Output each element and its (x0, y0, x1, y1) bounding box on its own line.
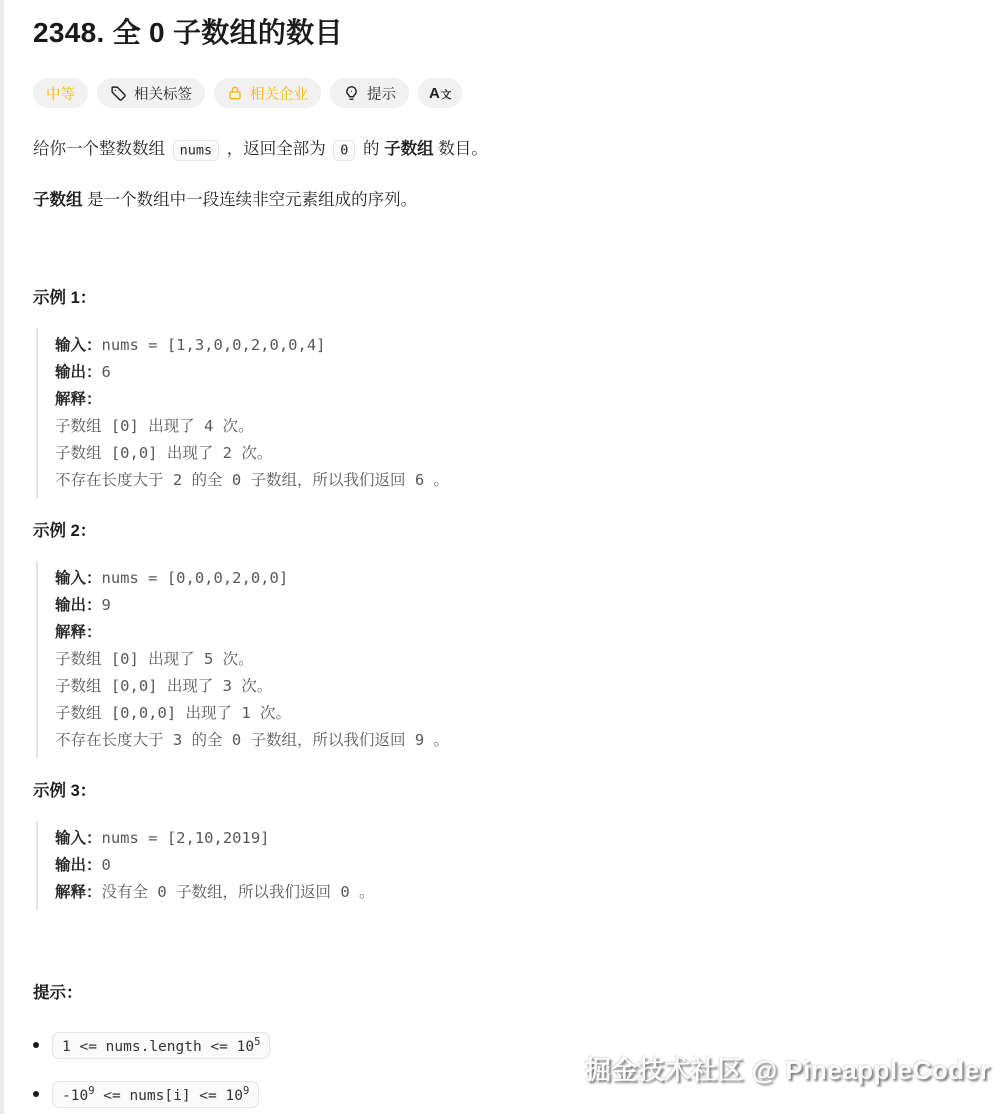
example-line: 解释： (55, 619, 968, 646)
hint-label: 提示 (367, 83, 396, 104)
example-3-block: 输入：nums = [2,10,2019] 输出：0 解释：没有全 0 子数组，… (36, 821, 968, 910)
constraints-title: 提示： (33, 980, 968, 1006)
example-line: 子数组 [0,0,0] 出现了 1 次。 (55, 700, 968, 727)
statement-text: 给你一个整数数组 (33, 140, 165, 158)
lightbulb-icon (343, 85, 360, 102)
constraint-code: 1 <= nums.length <= 105 (52, 1032, 270, 1059)
problem-statement: 给你一个整数数组 nums ，返回全部为 0 的 子数组 数目。 (33, 136, 968, 163)
difficulty-badge[interactable]: 中等 (33, 78, 88, 108)
example-line: 输入：nums = [1,3,0,0,2,0,0,4] (55, 332, 968, 359)
constraint-code: -109 <= nums[i] <= 109 (52, 1081, 259, 1108)
example-line: 子数组 [0] 出现了 4 次。 (55, 413, 968, 440)
hint-badge[interactable]: 提示 (330, 78, 409, 108)
related-tags-label: 相关标签 (134, 83, 192, 104)
definition-text: 是一个数组中一段连续非空元素组成的序列。 (83, 191, 418, 209)
statement-text: 的 (363, 140, 380, 158)
example-line: 解释：没有全 0 子数组，所以我们返回 0 。 (55, 879, 968, 906)
example-3-title: 示例 3： (33, 778, 968, 804)
problem-panel: 2348. 全 0 子数组的数目 中等 相关标签 相关企业 (33, 0, 968, 1108)
example-line: 子数组 [0] 出现了 5 次。 (55, 646, 968, 673)
tag-icon (110, 85, 127, 102)
related-tags-badge[interactable]: 相关标签 (97, 78, 205, 108)
lock-icon (227, 85, 243, 101)
example-line: 输入：nums = [0,0,0,2,0,0] (55, 565, 968, 592)
translate-icon: A文 (429, 85, 451, 102)
related-companies-label: 相关企业 (250, 83, 308, 104)
example-line: 输出：9 (55, 592, 968, 619)
example-1-title: 示例 1： (33, 285, 968, 311)
statement-text: 数目。 (438, 140, 488, 158)
badge-row: 中等 相关标签 相关企业 (33, 78, 968, 108)
difficulty-label: 中等 (46, 83, 75, 104)
example-2-title: 示例 2： (33, 518, 968, 544)
inline-code-zero: 0 (333, 140, 355, 161)
statement-bold-subarray: 子数组 (384, 140, 434, 158)
example-line: 解释： (55, 386, 968, 413)
example-line: 输出：6 (55, 359, 968, 386)
bullet-icon (33, 1091, 39, 1097)
example-line: 输入：nums = [2,10,2019] (55, 825, 968, 852)
example-line: 不存在长度大于 3 的全 0 子数组，所以我们返回 9 。 (55, 727, 968, 754)
related-companies-badge[interactable]: 相关企业 (214, 78, 321, 108)
bullet-icon (33, 1042, 39, 1048)
example-line: 子数组 [0,0] 出现了 2 次。 (55, 440, 968, 467)
translate-badge[interactable]: A文 (418, 78, 462, 108)
page-left-edge (0, 0, 4, 1114)
example-2-block: 输入：nums = [0,0,0,2,0,0] 输出：9 解释： 子数组 [0]… (36, 561, 968, 758)
page-title: 2348. 全 0 子数组的数目 (33, 16, 968, 50)
watermark: 掘金技术社区 @ PineappleCoder (585, 1050, 990, 1087)
statement-text: ，返回全部为 (227, 140, 326, 158)
example-1-block: 输入：nums = [1,3,0,0,2,0,0,4] 输出：6 解释： 子数组… (36, 328, 968, 498)
inline-code-nums: nums (173, 140, 220, 161)
subarray-definition: 子数组 是一个数组中一段连续非空元素组成的序列。 (33, 187, 968, 213)
example-line: 子数组 [0,0] 出现了 3 次。 (55, 673, 968, 700)
example-line: 输出：0 (55, 852, 968, 879)
definition-bold-subarray: 子数组 (33, 191, 83, 209)
example-line: 不存在长度大于 2 的全 0 子数组，所以我们返回 6 。 (55, 467, 968, 494)
